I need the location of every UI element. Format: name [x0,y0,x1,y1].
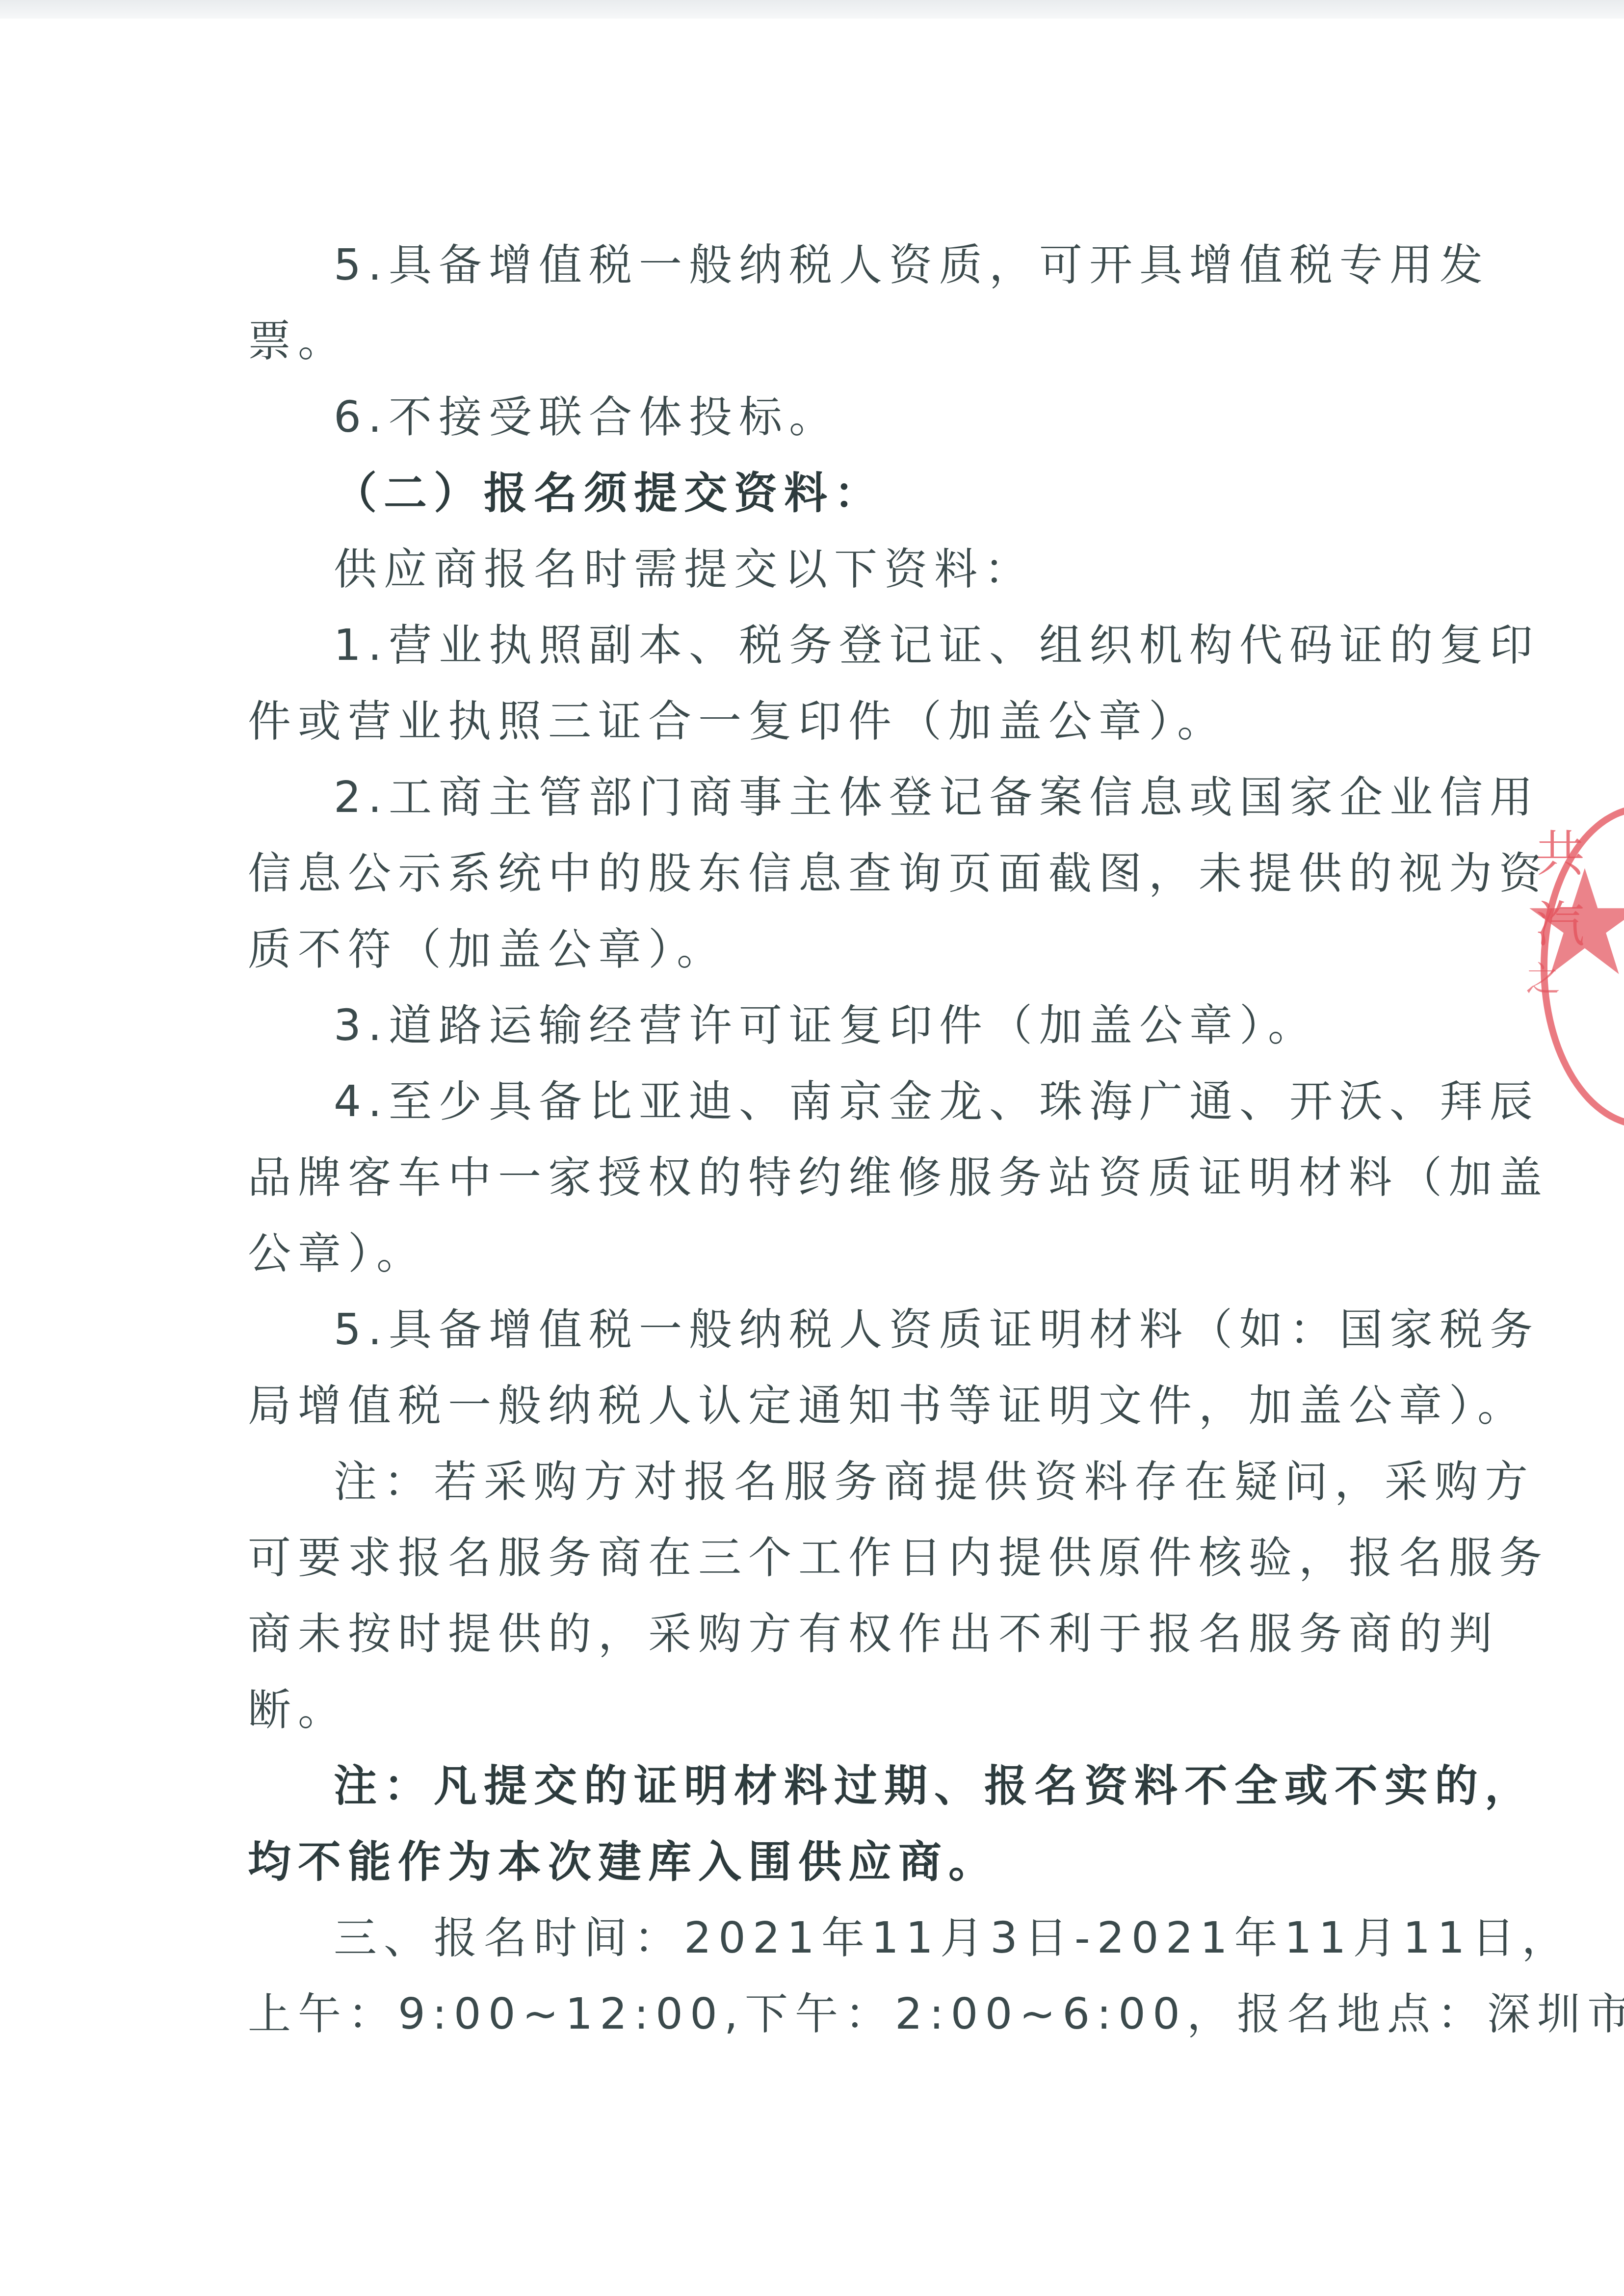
text-line: 可要求报名服务商在三个工作日内提供原件核验，报名服务 [248,1531,1549,1585]
scan-top-edge [0,0,1624,19]
text-line: 3.道路运输经营许可证复印件（加盖公章）。 [334,998,1318,1052]
text-line: 注：凡提交的证明材料过期、报名资料不全或不实的， [334,1759,1535,1813]
text-line: 上午：9:00~12:00,下午：2:00~6:00，报名地点：深圳市 [248,1987,1624,2041]
text-line: 供应商报名时需提交以下资料： [334,542,1034,596]
text-line: 注：若采购方对报名服务商提供资料存在疑问，采购方 [334,1455,1535,1509]
text-line: 质不符（加盖公章）。 [248,922,727,976]
text-line: 局增值税一般纳税人认定通知书等证明文件，加盖公章）。 [248,1379,1527,1433]
seal-lower-text: 之 [1526,952,1560,1001]
text-line: 1.营业执照副本、税务登记证、组织机构代码证的复印 [334,618,1540,672]
text-line: 件或营业执照三证合一复印件（加盖公章）。 [248,694,1227,748]
document-page: 5.具备增值税一般纳税人资质，可开具增值税专用发票。6.不接受联合体投标。（二）… [0,0,1624,2296]
text-line: 品牌客车中一家授权的特约维修服务站资质证明材料（加盖 [248,1150,1549,1204]
text-line: 商未按时提供的，采购方有权作出不利于报名服务商的判 [248,1607,1499,1661]
text-line: 票。 [248,314,348,368]
text-line: 5.具备增值税一般纳税人资质证明材料（如：国家税务 [334,1303,1540,1357]
text-line: 均不能作为本次建库入围供应商。 [248,1835,998,1889]
text-line: 三、报名时间：2021年11月3日-2021年11月11日， [334,1911,1572,1965]
text-line: 断。 [248,1683,348,1737]
text-line: 信息公示系统中的股东信息查询页面截图，未提供的视为资 [248,846,1549,900]
text-line: 5.具备增值税一般纳税人资质，可开具增值税专用发 [334,238,1490,292]
text-line: 6.不接受联合体投标。 [334,390,839,444]
text-line: （二）报名须提交资料： [334,466,884,520]
text-line: 2.工商主管部门商事主体登记备案信息或国家企业信用 [334,770,1540,824]
text-line: 公章）。 [248,1226,426,1280]
text-line: 4.至少具备比亚迪、南京金龙、珠海广通、开沃、拜辰 [334,1074,1540,1128]
